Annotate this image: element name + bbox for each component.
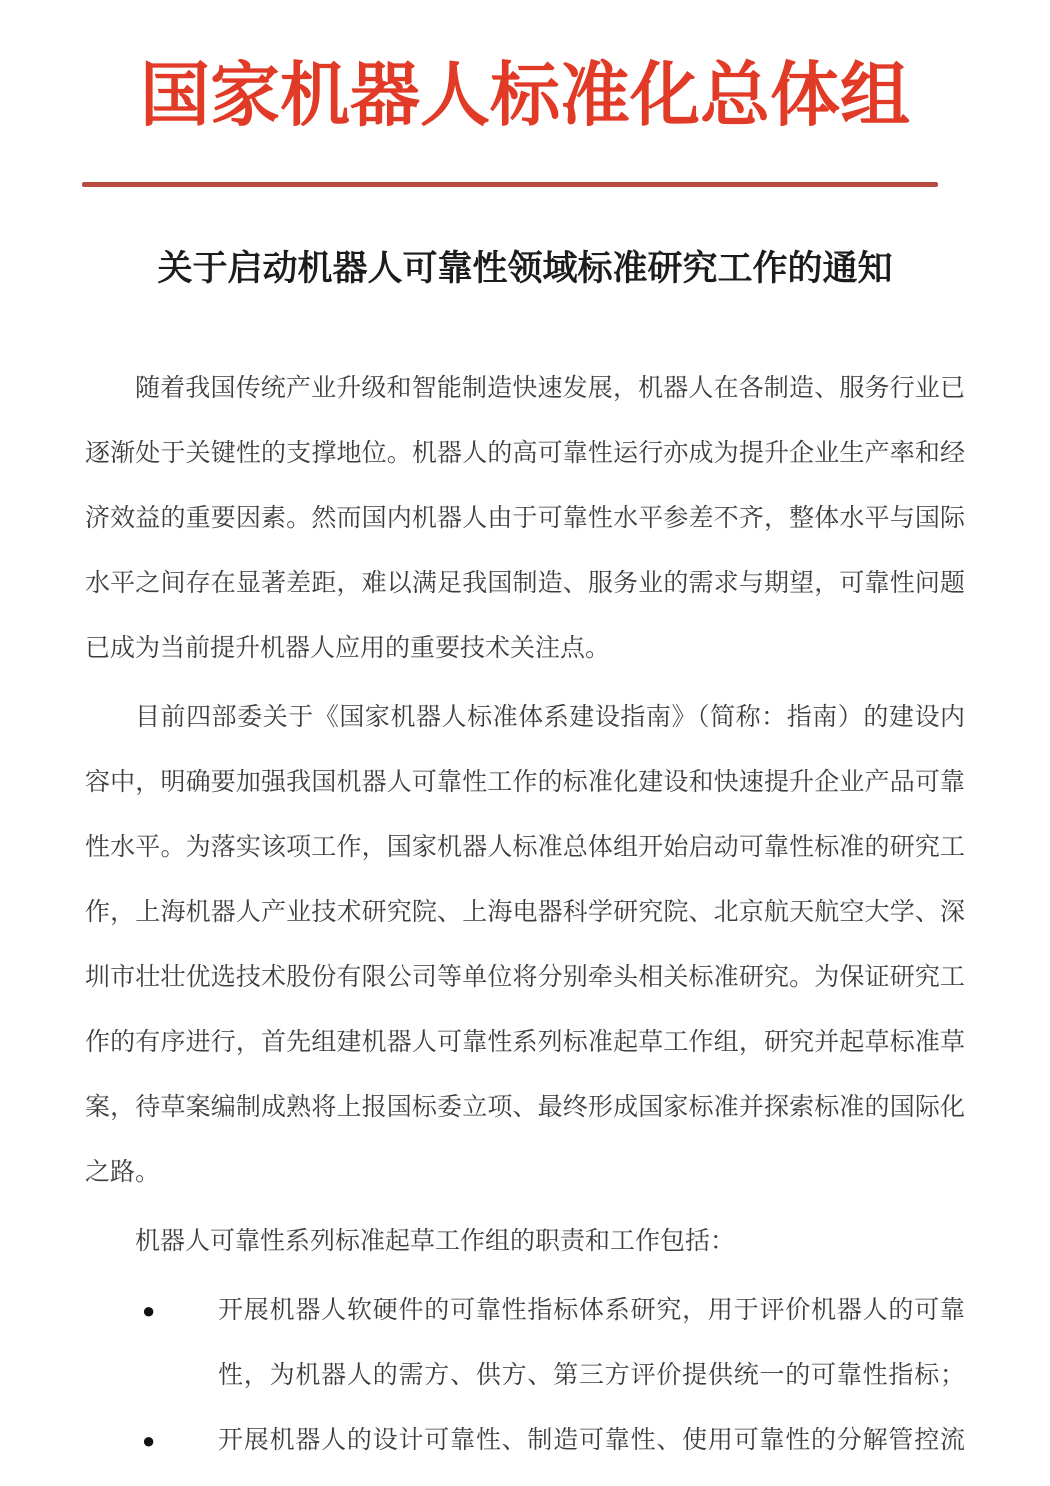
text-line: 性，为机器人的需方、供方、第三方评价提供统一的可靠性指标； xyxy=(218,1343,965,1408)
bullet-list: ● 开展机器人软硬件的可靠性指标体系研究，用于评价机器人的可靠 性，为机器人的需… xyxy=(85,1278,965,1473)
bullet-item-1: ● 开展机器人软硬件的可靠性指标体系研究，用于评价机器人的可靠 性，为机器人的需… xyxy=(85,1278,965,1408)
text-line: 水平之间存在显著差距，难以满足我国制造、服务业的需求与期望，可靠性问题 xyxy=(85,551,965,616)
text-line: 性水平。为落实该项工作，国家机器人标准总体组开始启动可靠性标准的研究工 xyxy=(85,815,965,880)
paragraph-3-lead-in: 机器人可靠性系列标准起草工作组的职责和工作包括： xyxy=(85,1209,965,1274)
text-line: 作的有序进行，首先组建机器人可靠性系列标准起草工作组，研究并起草标准草 xyxy=(85,1010,965,1075)
bullet-dot-icon: ● xyxy=(142,1278,155,1343)
text-line: 之路。 xyxy=(85,1140,965,1205)
text-line: 开展机器人的设计可靠性、制造可靠性、使用可靠性的分解管控流 xyxy=(218,1408,965,1473)
text-line: 开展机器人软硬件的可靠性指标体系研究，用于评价机器人的可靠 xyxy=(218,1278,965,1343)
text-line: 作，上海机器人产业技术研究院、上海电器科学研究院、北京航天航空大学、深 xyxy=(85,880,965,945)
text-line: 圳市壮壮优选技术股份有限公司等单位将分别牵头相关标准研究。为保证研究工 xyxy=(85,945,965,1010)
document-page: 国家机器人标准化总体组 关于启动机器人可靠性领域标准研究工作的通知 随着我国传统… xyxy=(0,0,1050,1473)
paragraph-2: 目前四部委关于《国家机器人标准体系建设指南》（简称：指南）的建设内 容中，明确要… xyxy=(85,685,965,1205)
paragraph-1: 随着我国传统产业升级和智能制造快速发展，机器人在各制造、服务行业已 逐渐处于关键… xyxy=(85,356,965,681)
bullet-dot-icon: ● xyxy=(142,1408,155,1473)
letterhead-org-name: 国家机器人标准化总体组 xyxy=(85,0,965,140)
document-title: 关于启动机器人可靠性领域标准研究工作的通知 xyxy=(85,247,965,291)
text-line: 已成为当前提升机器人应用的重要技术关注点。 xyxy=(85,616,965,681)
letterhead-divider-rule xyxy=(82,182,938,187)
bullet-item-2: ● 开展机器人的设计可靠性、制造可靠性、使用可靠性的分解管控流 xyxy=(85,1408,965,1473)
text-line: 逐渐处于关键性的支撑地位。机器人的高可靠性运行亦成为提升企业生产率和经 xyxy=(85,421,965,486)
text-line: 机器人可靠性系列标准起草工作组的职责和工作包括： xyxy=(85,1209,965,1274)
text-line: 案，待草案编制成熟将上报国标委立项、最终形成国家标准并探索标准的国际化 xyxy=(85,1075,965,1140)
text-line: 容中，明确要加强我国机器人可靠性工作的标准化建设和快速提升企业产品可靠 xyxy=(85,750,965,815)
text-line: 济效益的重要因素。然而国内机器人由于可靠性水平参差不齐，整体水平与国际 xyxy=(85,486,965,551)
text-line: 随着我国传统产业升级和智能制造快速发展，机器人在各制造、服务行业已 xyxy=(85,356,965,421)
text-line: 目前四部委关于《国家机器人标准体系建设指南》（简称：指南）的建设内 xyxy=(85,685,965,750)
document-body: 随着我国传统产业升级和智能制造快速发展，机器人在各制造、服务行业已 逐渐处于关键… xyxy=(85,356,965,1473)
